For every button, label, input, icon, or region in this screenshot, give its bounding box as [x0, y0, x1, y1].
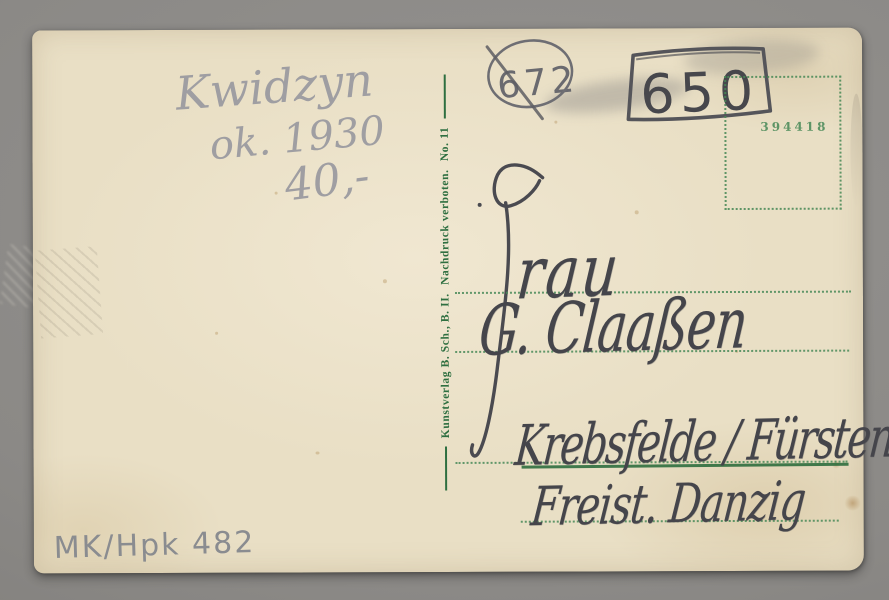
brown-stain: [844, 496, 862, 511]
paper-speck: [215, 332, 218, 335]
edge-shading: [850, 94, 862, 209]
paper-speck: [316, 451, 320, 454]
scanner-background: { "postcard": { "pencil_top_left": { "li…: [0, 0, 889, 600]
paper-speck: [383, 279, 387, 283]
address-place: Krebsfelde / Fürstenau: [513, 409, 889, 475]
handwritten-F-flourish-loop: [494, 165, 543, 207]
address-district: Freist. Danzig: [529, 475, 808, 535]
catalog-code: MK/Hpk 482: [53, 525, 255, 566]
paper-speck: [554, 121, 557, 124]
paper-speck: [275, 192, 278, 195]
imprint-end-rule: [445, 447, 447, 491]
pencil-hatch-smudge: [35, 246, 103, 338]
address-name: G. Claaßen: [476, 289, 750, 367]
crossed-out-number: 672: [496, 59, 580, 107]
publisher-imprint: Kunstverlag B. Sch., B. II. Nachdruck ve…: [437, 74, 453, 490]
imprint-end-rule: [443, 75, 445, 119]
stamp-box: 394418: [724, 76, 841, 210]
copyright-notice: Nachdruck verboten.: [439, 169, 451, 285]
postcard-back: Kwidzyn ok. 1930 40,- 672 650 394418 Kun…: [32, 28, 864, 574]
ink-dot: [478, 203, 482, 207]
paper-speck: [635, 210, 639, 214]
publisher-name: Kunstverlag B. Sch., B. II.: [439, 293, 452, 438]
stamp-box-serial: 394418: [760, 120, 828, 134]
pencil-note-price: 40,-: [282, 150, 373, 211]
series-number: No. 11: [438, 127, 450, 161]
